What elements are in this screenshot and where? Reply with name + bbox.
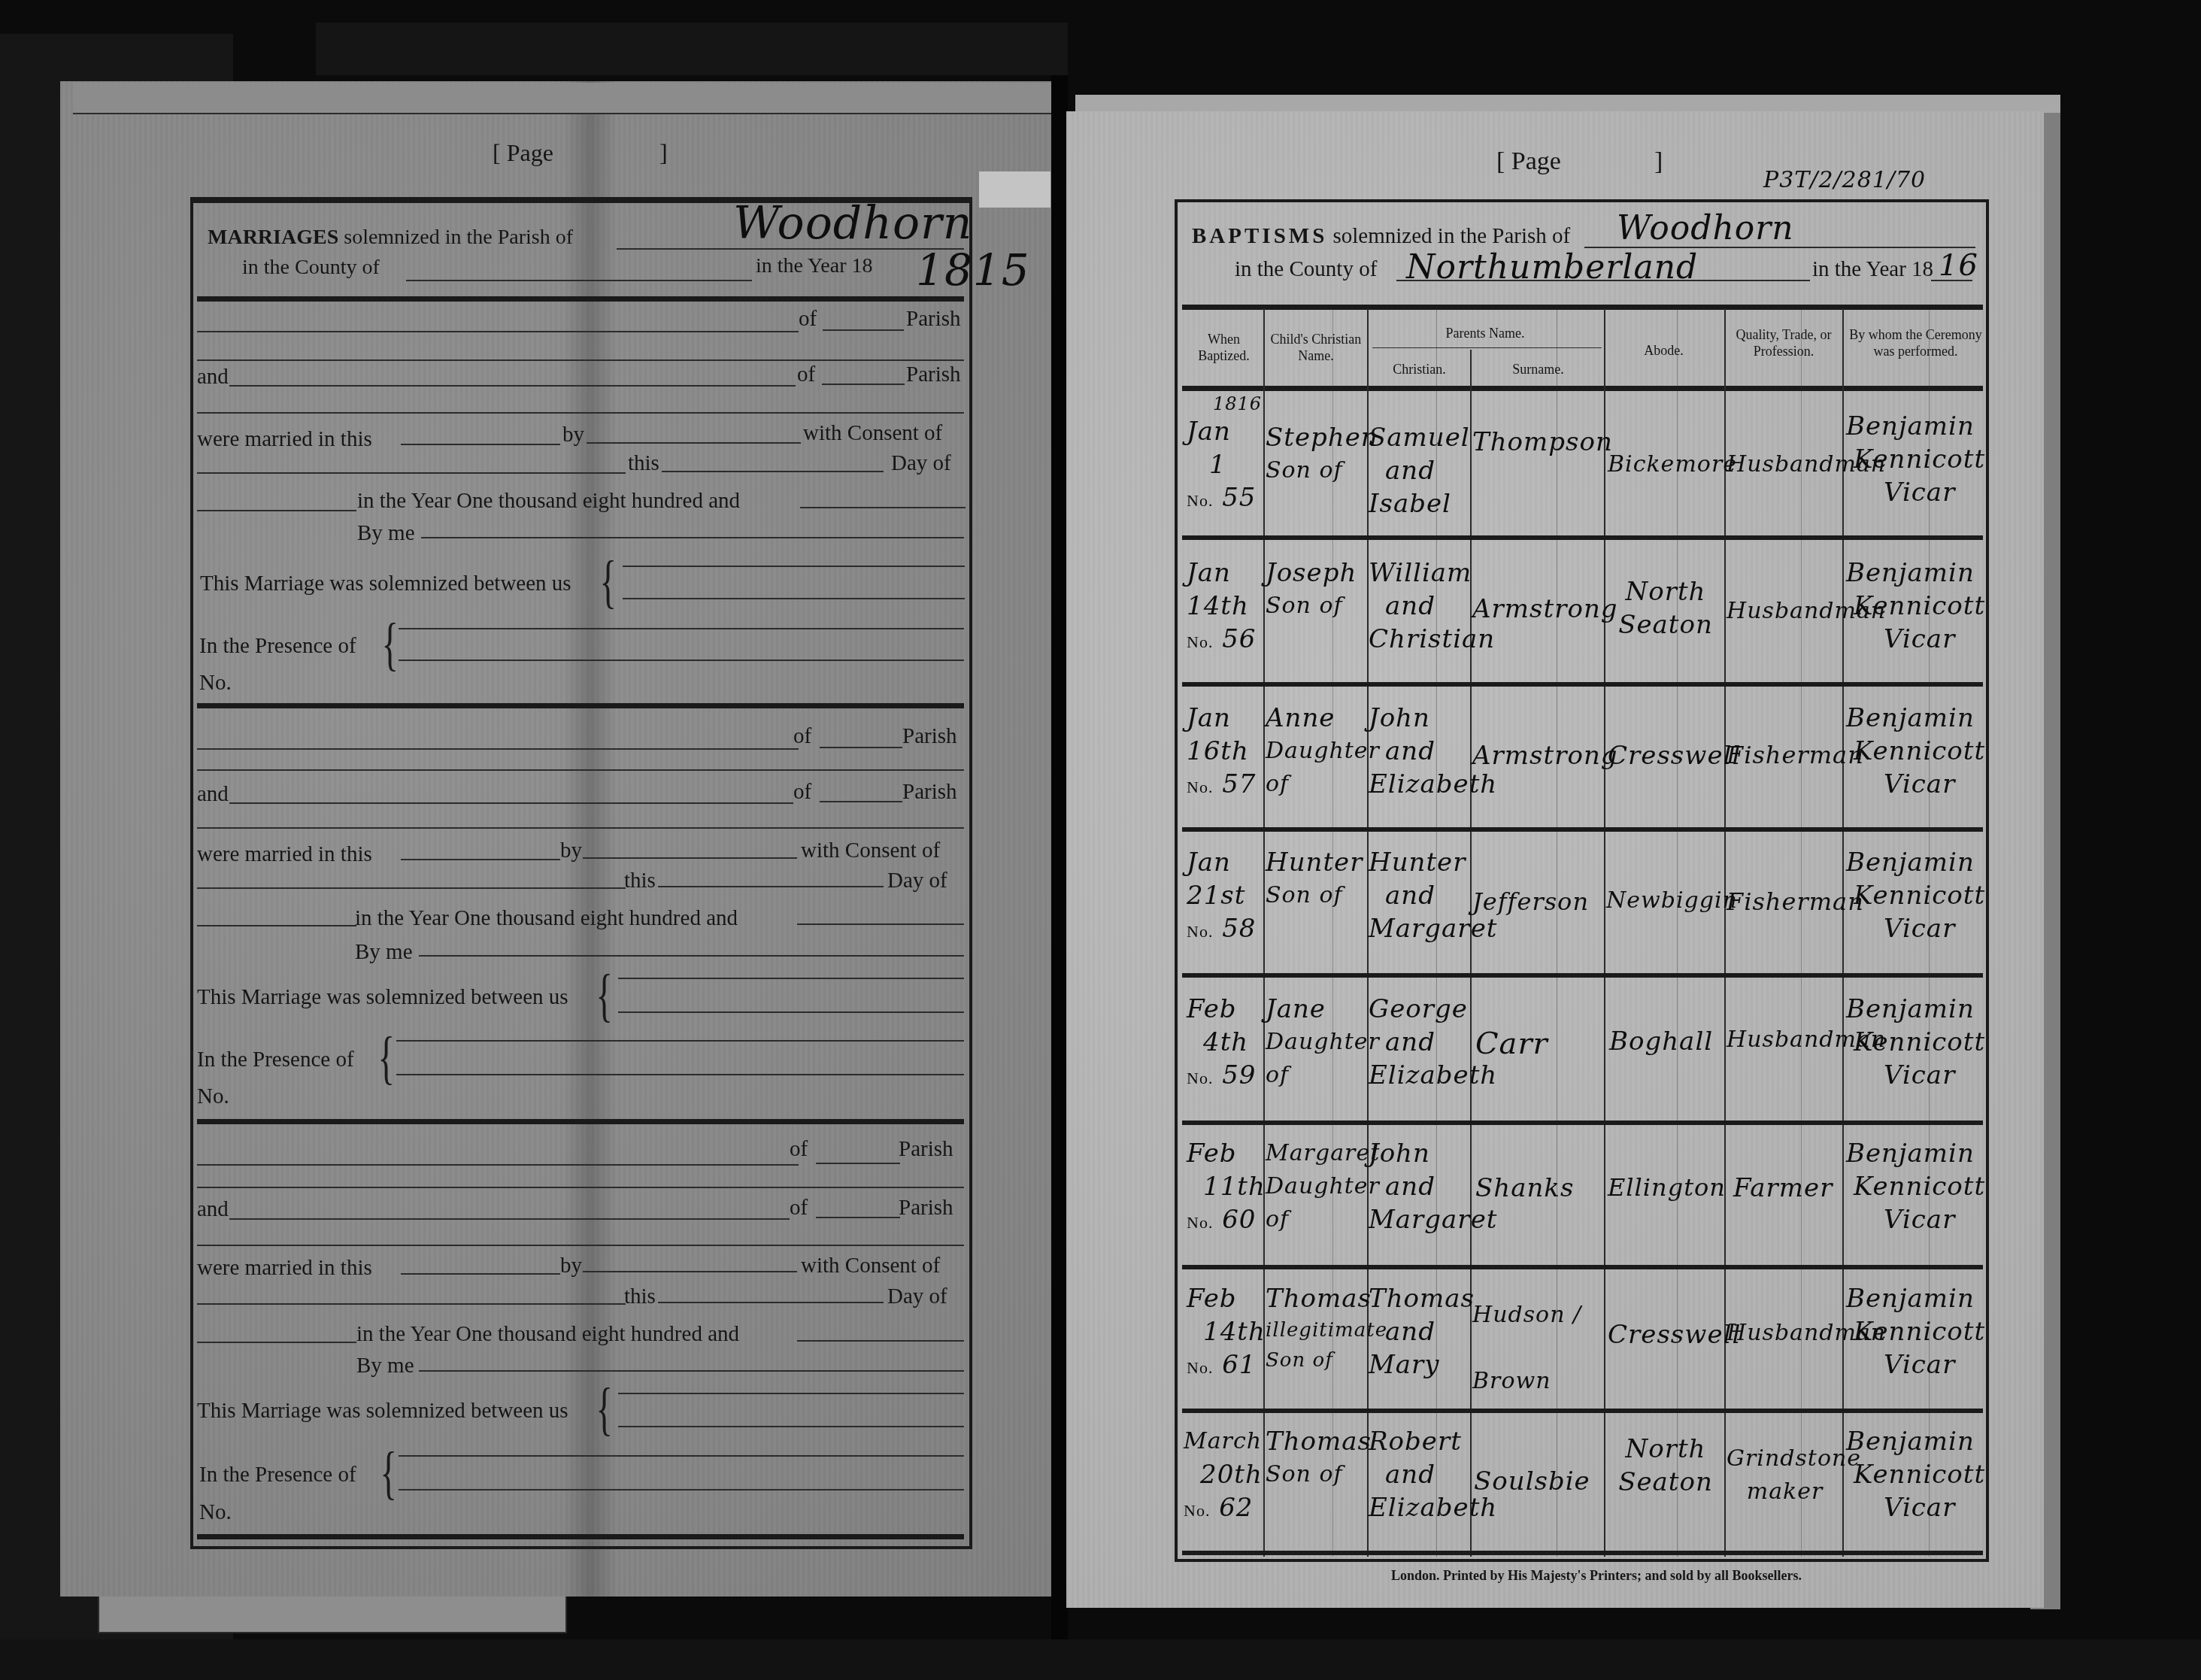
marriages-heading: MARRIAGES solemnized in the Parish of	[208, 226, 573, 250]
brace-icon: {	[599, 553, 616, 611]
baptisms-title: BAPTISMS	[1192, 224, 1327, 248]
col-abode: Abode.	[1605, 342, 1722, 359]
county-label: in the County of	[1235, 257, 1377, 282]
brace-icon: {	[377, 1029, 394, 1087]
baptisms-heading: BAPTISMS solemnized in the Parish of	[1192, 224, 1570, 249]
paper-tab	[979, 171, 1050, 208]
printer-footer: London. Printed by His Majesty's Printer…	[1391, 1568, 1802, 1584]
parish-handwritten: Woodhorn	[733, 197, 972, 250]
col-parents-surname: Surname.	[1472, 361, 1604, 378]
col-parents-name: Parents Name.	[1369, 325, 1602, 341]
right-page-close: ]	[1654, 147, 1663, 176]
page-gutter	[1051, 75, 1068, 1639]
brace-icon: {	[596, 966, 612, 1025]
brace-icon: {	[380, 1444, 396, 1503]
left-page-close: ]	[659, 139, 668, 167]
left-page-label: [ Page	[493, 139, 553, 167]
col-by-whom: By whom the Ceremony was performed.	[1846, 326, 1985, 359]
brace-icon: {	[596, 1380, 612, 1439]
col-quality: Quality, Trade, or Profession.	[1727, 326, 1840, 359]
col-when-baptized: When Baptized.	[1184, 331, 1263, 364]
year-label: in the Year 18	[1812, 257, 1933, 282]
right-page-label: [ Page	[1496, 147, 1561, 176]
marriages-title: MARRIAGES	[208, 226, 338, 249]
year-label: in the Year 18	[756, 254, 873, 278]
year-handwritten: 16	[1939, 248, 1978, 283]
background-mid-slab	[316, 23, 1068, 75]
year-handwritten: 1815	[916, 244, 1030, 296]
parish-handwritten: Woodhorn	[1617, 209, 1794, 247]
left-under-sheet	[98, 1594, 567, 1633]
background-bottom-slab	[0, 1639, 2201, 1680]
col-parents-christian: Christian.	[1369, 361, 1470, 378]
brace-icon: {	[381, 615, 398, 674]
left-top-strip	[73, 83, 1066, 114]
col-child-name: Child's Christian Name.	[1267, 331, 1365, 364]
archive-reference: P3T/2/281/70	[1763, 167, 1926, 193]
county-label: in the County of	[242, 256, 380, 280]
